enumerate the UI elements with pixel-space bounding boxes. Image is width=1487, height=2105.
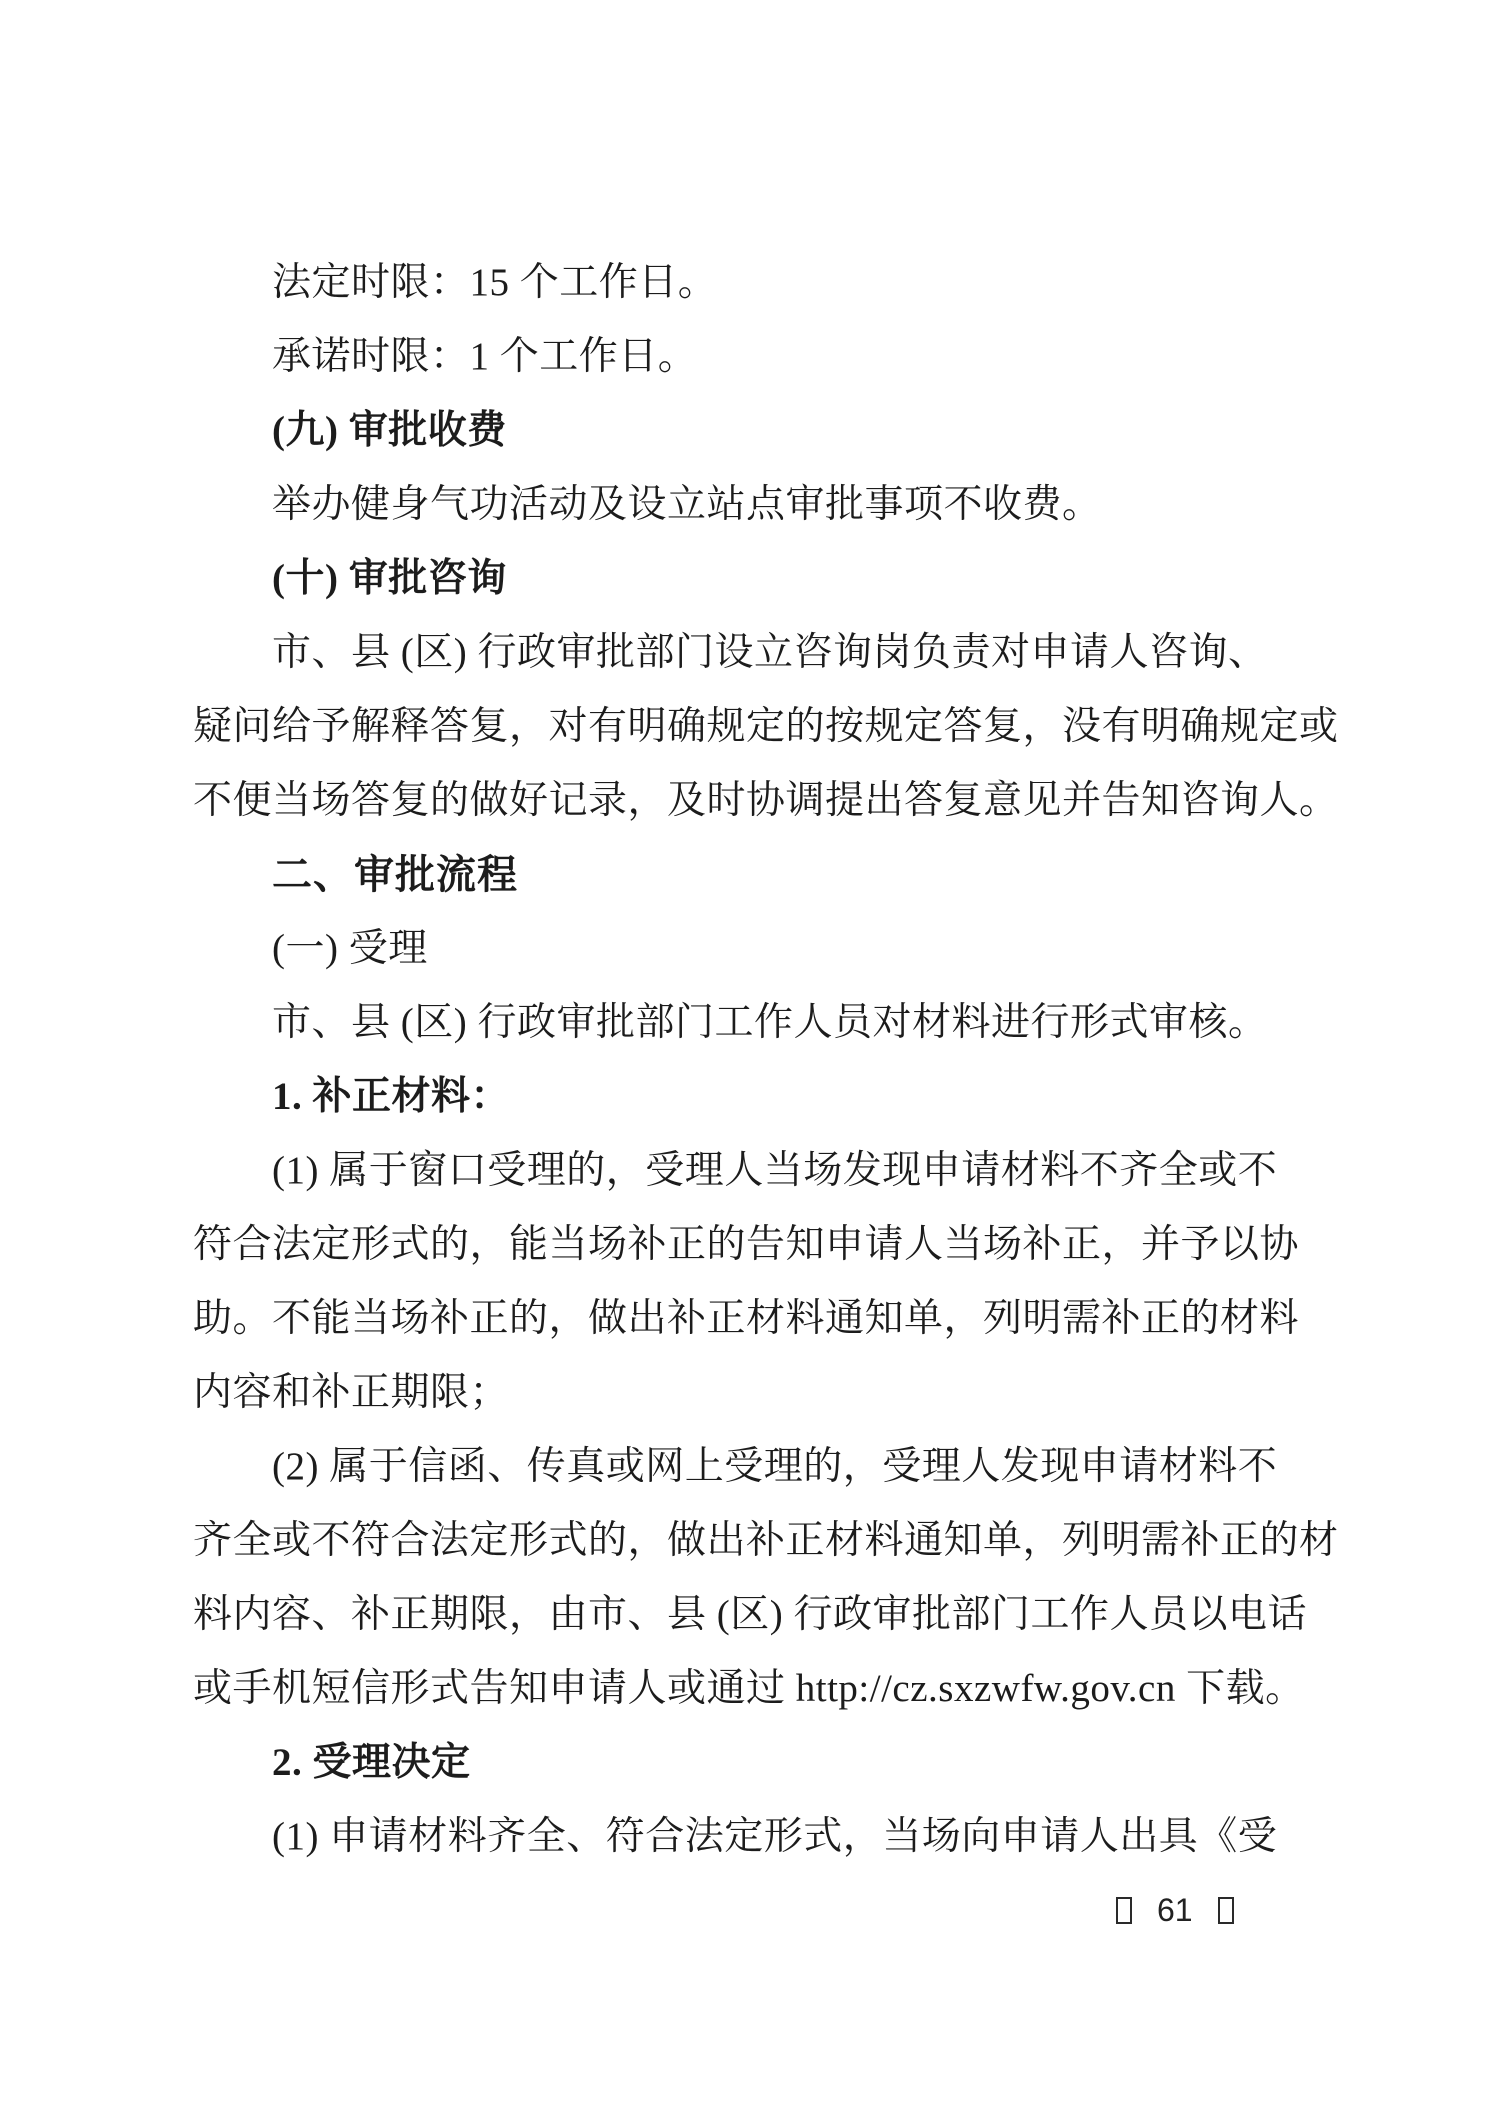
heading-2-acceptance-decision: 2. 受理决定: [193, 1726, 1358, 1800]
heading-1-supplementary-materials: 1. 补正材料：: [193, 1060, 1358, 1134]
body-line-acceptance-decision-1: (1) 申请材料齐全、符合法定形式，当场向申请人出具《受: [193, 1800, 1358, 1874]
body-line-window-acceptance-3: 助。不能当场补正的，做出补正材料通知单，列明需补正的材料: [193, 1282, 1358, 1356]
document-text-block: 法定时限：15 个工作日。 承诺时限：1 个工作日。 (九) 审批收费 举办健身…: [193, 246, 1358, 1874]
body-line-consultation-3: 不便当场答复的做好记录，及时协调提出答复意见并告知咨询人。: [193, 764, 1358, 838]
heading-section-9-approval-fees: (九) 审批收费: [193, 394, 1358, 468]
document-page: 法定时限：15 个工作日。 承诺时限：1 个工作日。 (九) 审批收费 举办健身…: [0, 0, 1487, 2105]
body-line-mail-acceptance-2: 齐全或不符合法定形式的，做出补正材料通知单，列明需补正的材: [193, 1504, 1358, 1578]
body-line-formal-review: 市、县 (区) 行政审批部门工作人员对材料进行形式审核。: [193, 986, 1358, 1060]
page-footer: 61: [1116, 1892, 1234, 1929]
body-line-mail-acceptance-3: 料内容、补正期限，由市、县 (区) 行政审批部门工作人员以电话: [193, 1578, 1358, 1652]
heading-section-1-acceptance: (一) 受理: [193, 912, 1358, 986]
missing-glyph-box-right: [1218, 1897, 1234, 1924]
body-line-consultation-2: 疑问给予解释答复，对有明确规定的按规定答复，没有明确规定或: [193, 690, 1358, 764]
body-line-window-acceptance-2: 符合法定形式的，能当场补正的告知申请人当场补正，并予以协: [193, 1208, 1358, 1282]
body-line-window-acceptance-4: 内容和补正期限；: [193, 1356, 1358, 1430]
body-line-no-fees: 举办健身气功活动及设立站点审批事项不收费。: [193, 468, 1358, 542]
body-line-statutory-time-limit: 法定时限：15 个工作日。: [193, 246, 1358, 320]
heading-section-10-approval-consultation: (十) 审批咨询: [193, 542, 1358, 616]
body-line-mail-acceptance-1: (2) 属于信函、传真或网上受理的，受理人发现申请材料不: [193, 1430, 1358, 1504]
body-line-mail-acceptance-url: 或手机短信形式告知申请人或通过 http://cz.sxzwfw.gov.cn …: [193, 1652, 1358, 1726]
missing-glyph-box-left: [1116, 1897, 1132, 1924]
body-line-consultation-1: 市、县 (区) 行政审批部门设立咨询岗负责对申请人咨询、: [193, 616, 1358, 690]
heading-part-2-approval-process: 二、审批流程: [193, 838, 1358, 912]
page-number: 61: [1157, 1892, 1193, 1929]
body-line-window-acceptance-1: (1) 属于窗口受理的，受理人当场发现申请材料不齐全或不: [193, 1134, 1358, 1208]
body-line-promised-time-limit: 承诺时限：1 个工作日。: [193, 320, 1358, 394]
